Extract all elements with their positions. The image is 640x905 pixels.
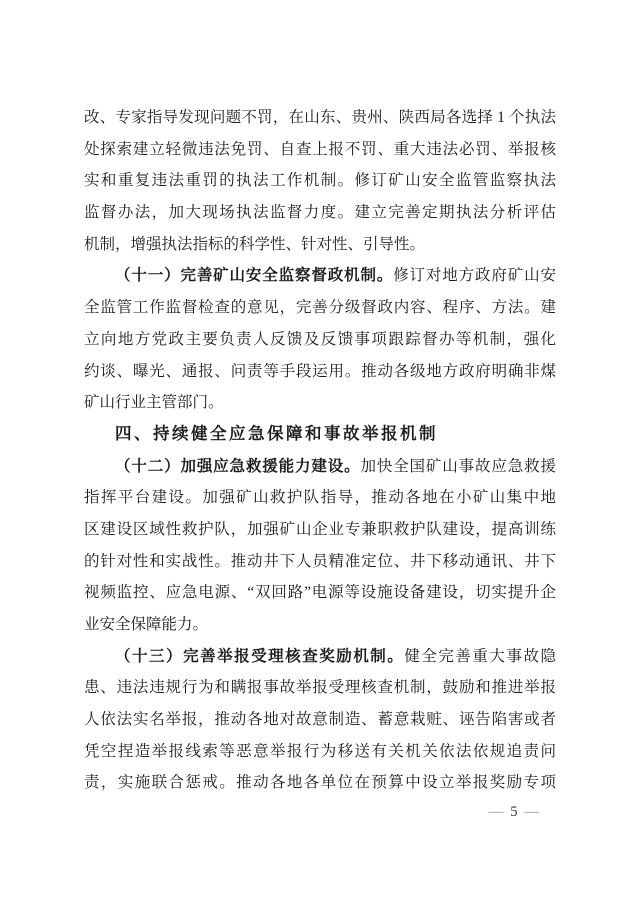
text-line: 人依法实名举报，推动各地对故意制造、蓄意栽赃、诬告陷害或者 [84, 704, 556, 736]
section-heading-4: 四、持续健全应急保障和事故举报机制 [84, 419, 556, 451]
text-line: 的针对性和实战性。推动井下人员精准定位、井下移动通讯、井下 [84, 546, 556, 578]
para-continuation: 改、专家指导发现问题不罚，在山东、贵州、陕西局各选择 1 个执法处探索建立轻微违… [84, 102, 556, 260]
page-number: —5— [489, 804, 540, 821]
para-item-12: （十二）加强应急救援能力建设。加快全国矿山事故应急救援指挥平台建设。加强矿山救护… [84, 451, 556, 641]
paragraph-lead-text: （十一）完善矿山安全监察督政机制。 [115, 267, 393, 284]
text-line: 指挥平台建设。加强矿山救护队指导，推动各地在小矿山集中地 [84, 482, 556, 514]
text-line: 矿山行业主管部门。 [84, 387, 556, 419]
para-item-11: （十一）完善矿山安全监察督政机制。修订对地方政府矿山安全监管工作监督检查的意见，… [84, 260, 556, 418]
text-line: 改、专家指导发现问题不罚，在山东、贵州、陕西局各选择 1 个执法 [84, 102, 556, 134]
text-line: 视频监控、应急电源、“双回路”电源等设施设备建设，切实提升企 [84, 577, 556, 609]
text-line: 实和重复违法重罚的执法工作机制。修订矿山安全监管监察执法 [84, 165, 556, 197]
paragraph-lead-text: （十三）完善举报受理核查奖励机制。 [115, 648, 404, 665]
text-line: 凭空捏造举报线索等恶意举报行为移送有关机关依法依规追责问 [84, 736, 556, 768]
text-line: 机制，增强执法指标的科学性、针对性、引导性。 [84, 229, 556, 261]
text-line: 区建设区域性救护队，加强矿山企业专兼职救护队建设，提高训练 [84, 514, 556, 546]
text-line: 四、持续健全应急保障和事故举报机制 [84, 419, 556, 451]
text-line: 全监管工作监督检查的意见，完善分级督政内容、程序、方法。建 [84, 292, 556, 324]
document-body: 改、专家指导发现问题不罚，在山东、贵州、陕西局各选择 1 个执法处探索建立轻微违… [84, 102, 556, 799]
page-number-right-dash: — [525, 804, 541, 820]
document-page: { "document": { "footer": { "prefix": "—… [0, 0, 640, 905]
text-line: 立向地方党政主要负责人反馈及反馈事项跟踪督办等机制，强化 [84, 324, 556, 356]
text-line: 监督办法，加大现场执法监督力度。建立完善定期执法分析评估 [84, 197, 556, 229]
page-number-left-dash: — [489, 804, 505, 820]
text-line: 业安全保障能力。 [84, 609, 556, 641]
text-line: 责，实施联合惩戒。推动各地各单位在预算中设立举报奖励专项 [84, 767, 556, 799]
text-line: （十一）完善矿山安全监察督政机制。修订对地方政府矿山安 [84, 260, 556, 292]
text-line: 患、违法违规行为和瞒报事故举报受理核查机制，鼓励和推进举报 [84, 672, 556, 704]
text-line: 约谈、曝光、通报、问责等手段运用。推动各级地方政府明确非煤 [84, 356, 556, 388]
text-line: （十二）加强应急救援能力建设。加快全国矿山事故应急救援 [84, 451, 556, 483]
page-number-value: 5 [504, 804, 524, 820]
para-item-13: （十三）完善举报受理核查奖励机制。健全完善重大事故隐患、违法违规行为和瞒报事故举… [84, 641, 556, 799]
text-line: 处探索建立轻微违法免罚、自查上报不罚、重大违法必罚、举报核 [84, 134, 556, 166]
paragraph-lead-text: （十二）加强应急救援能力建设。 [115, 458, 360, 475]
text-line: （十三）完善举报受理核查奖励机制。健全完善重大事故隐 [84, 641, 556, 673]
